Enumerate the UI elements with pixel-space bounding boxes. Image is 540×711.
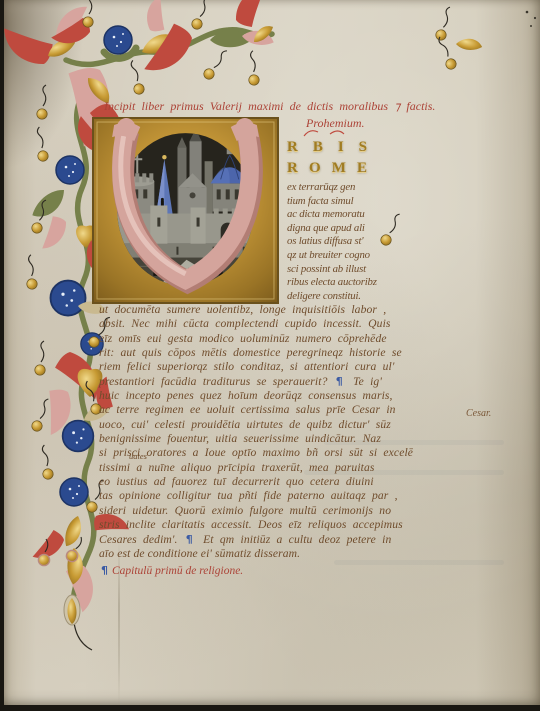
chapter-rubric: Capitulū primū de religione. (112, 565, 243, 577)
column-line: deligere constitui. (287, 290, 377, 304)
historiated-initial-U (92, 117, 279, 304)
text-line: benignissime fouentur, uitia seuerissime… (99, 432, 455, 446)
gold-capital: B (313, 139, 323, 155)
main-text-block: uates ut documēta sumere uolentibz, long… (99, 303, 455, 561)
photograph-backdrop: Incipit liber primus Valerij maximi de d… (0, 0, 540, 711)
interlinear-gloss: uates (129, 452, 147, 461)
text-line: eīz omīs eui gesta modico uoluminūz nume… (99, 332, 455, 346)
text-line: absit. Nec mihi cūcta complectendi cupid… (99, 317, 455, 331)
text-line: prestantiori facūdia traditurus se spera… (99, 375, 455, 389)
text-line: tas opinione colligitur tua pñti fide pa… (99, 489, 455, 503)
gold-capital: M (332, 160, 346, 176)
prohemium-rubric: Prohemium. (306, 116, 365, 130)
text-line: eo iustius ad fauorez tuī decurrerit quo… (99, 475, 455, 489)
text-line: aīo est de conditione ei' sūmatiz disser… (99, 547, 455, 561)
gold-caps-line1: RBIS (287, 139, 367, 155)
column-line: digna que apud ali (287, 222, 377, 236)
margin-note-cesar: Cesar. (466, 408, 491, 419)
ink-specks (526, 11, 536, 27)
column-line: ribus electa auctoribz (287, 276, 377, 290)
red-penwork-flourish (304, 131, 344, 136)
terminal-bud (64, 595, 80, 625)
text-line: Cesares dedim'. ¶ Et qm initiūz a cultu … (99, 533, 455, 547)
column-line: os latius diffusa st' (287, 235, 377, 249)
page-corner-shadow (4, 0, 84, 170)
column-line: sci possint ab illust (287, 263, 377, 277)
gold-capital: S (359, 139, 367, 155)
chapter-rubric-line: ¶Capitulū primū de religione. (99, 561, 243, 579)
text-line: huic incepto penes quez hoīum deorūqz co… (99, 389, 455, 403)
paragraph-mark: ¶ (336, 375, 343, 388)
incipit-rubric: Incipit liber primus Valerij maximi de d… (104, 99, 435, 113)
gold-capital: I (338, 139, 344, 155)
opening-column-text: ex terrarūqz gentium facta simulac dicta… (287, 181, 377, 303)
paragraph-mark: ¶ (186, 533, 193, 546)
text-line: riem felici superiorqz stilo conditaz, s… (99, 360, 455, 374)
text-line: sideri uidetur. Quorū eximio fulgore mul… (99, 504, 455, 518)
text-line: ut documēta sumere uolentibz, longe inqu… (99, 303, 455, 317)
gold-caps-line2: ROME (287, 160, 367, 176)
text-line: si prisci oratores a Ioue optīo maximo b… (99, 446, 455, 460)
column-line: tium facta simul (287, 195, 377, 209)
gold-capital: E (357, 160, 367, 176)
gold-capital: R (287, 160, 298, 176)
gold-capital: O (309, 160, 321, 176)
text-line: tissimi a nuīne aliquo prīcipia traxerūt… (99, 461, 455, 475)
manuscript-page: Incipit liber primus Valerij maximi de d… (4, 0, 540, 705)
column-line: ex terrarūqz gen (287, 181, 377, 195)
text-line: rit: aut quis cōpos mētis domestice pere… (99, 346, 455, 360)
column-line: qz ut breuiter cogno (287, 249, 377, 263)
text-line: stris inclite claritatis accessit. Deos … (99, 518, 455, 532)
text-line: ac terre regimen ee uoluit certissima sa… (99, 403, 455, 417)
column-line: ac dicta memoratu (287, 208, 377, 222)
text-line: uoco, cui' celesti prouidētia uirtutes d… (99, 418, 455, 432)
gold-capital: R (287, 139, 298, 155)
top-border-vine (4, 0, 276, 73)
terminal-stem (74, 622, 92, 650)
paragraph-mark: ¶ (101, 564, 108, 577)
